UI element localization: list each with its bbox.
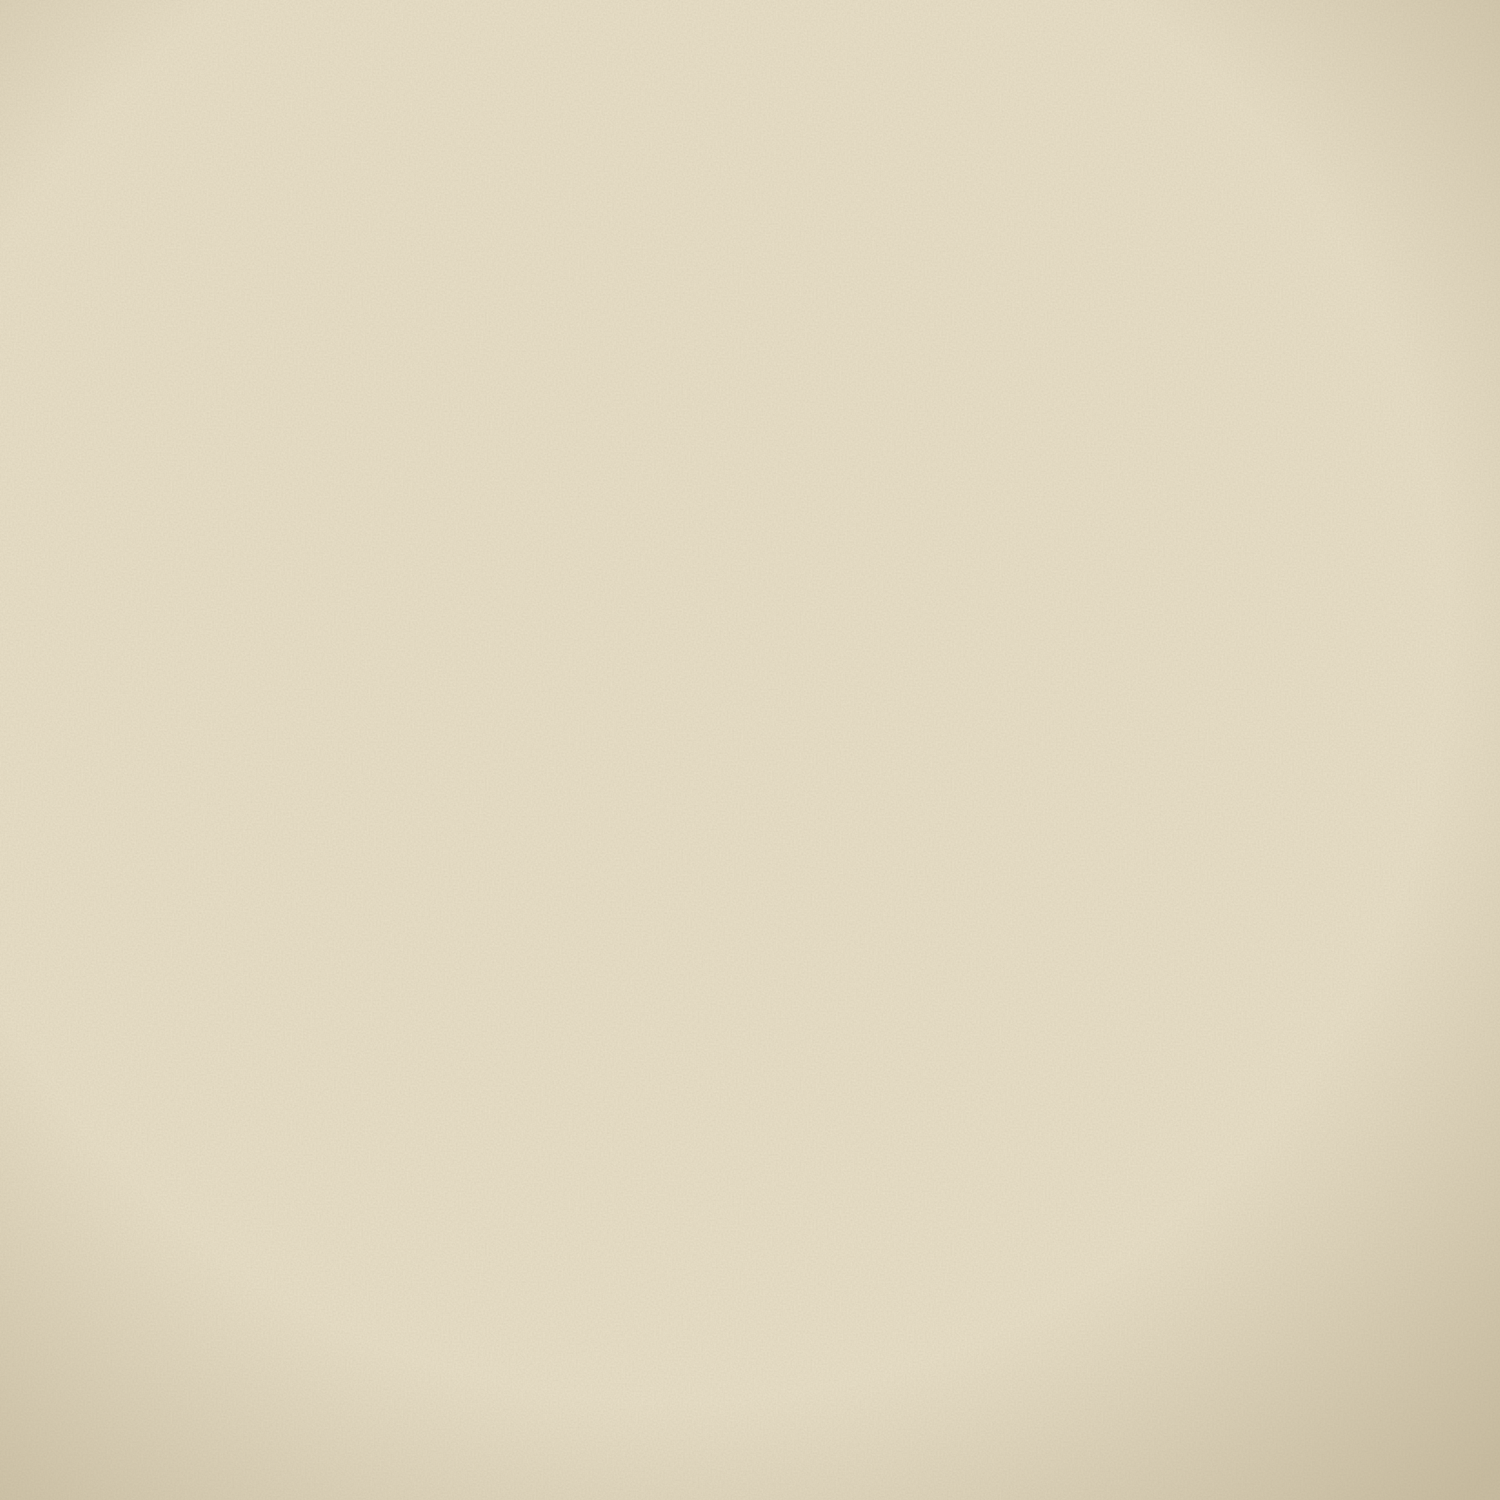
scanned-map-page (0, 0, 1500, 1500)
grain-overlay (0, 0, 1500, 1500)
map-canvas (0, 0, 1500, 1500)
